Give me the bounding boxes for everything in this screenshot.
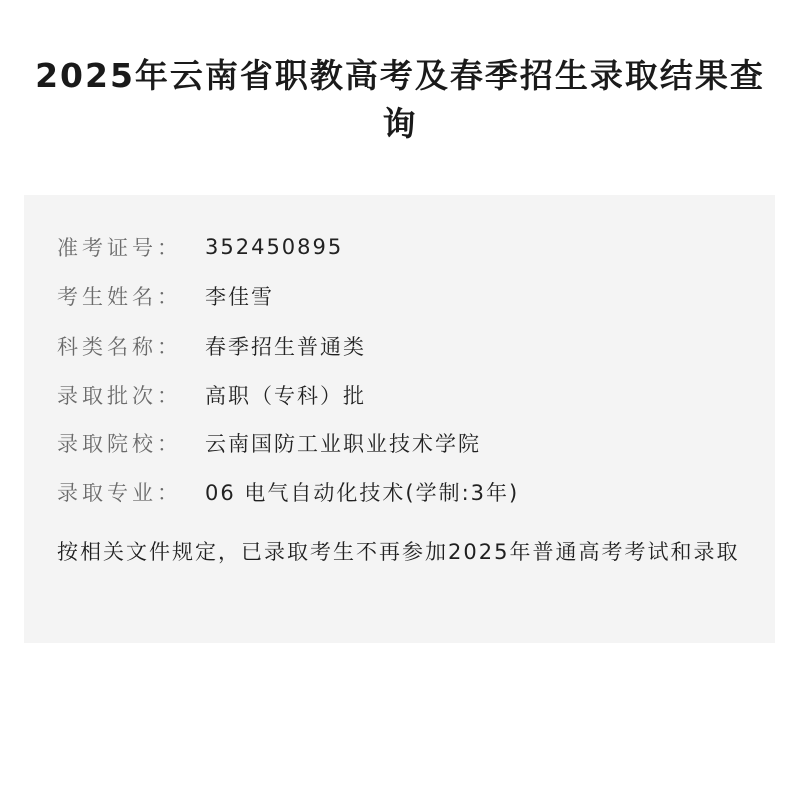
field-label: 科类名称：: [57, 331, 205, 361]
page-title: 2025年云南省职教高考及春季招生录取结果查询: [30, 52, 770, 148]
field-row-admitted-major: 录取专业： 06 电气自动化技术(学制:3年): [57, 476, 519, 508]
admission-notice: 按相关文件规定，已录取考生不再参加2025年普通高考考试和录取: [57, 535, 757, 569]
field-label: 录取批次：: [57, 380, 205, 410]
category-value: 春季招生普通类: [205, 331, 366, 361]
admission-batch-value: 高职（专科）批: [205, 380, 366, 410]
field-row-admission-batch: 录取批次： 高职（专科）批: [57, 379, 366, 411]
field-row-category: 科类名称： 春季招生普通类: [57, 330, 366, 362]
admitted-major-value: 06 电气自动化技术(学制:3年): [205, 477, 519, 507]
candidate-name-value: 李佳雪: [205, 281, 274, 311]
field-label: 录取院校：: [57, 428, 205, 458]
field-label: 录取专业：: [57, 477, 205, 507]
exam-number-value: 352450895: [205, 235, 343, 259]
field-row-exam-number: 准考证号： 352450895: [57, 231, 343, 263]
field-row-admitting-school: 录取院校： 云南国防工业职业技术学院: [57, 427, 481, 459]
field-label: 准考证号：: [57, 232, 205, 262]
field-label: 考生姓名：: [57, 281, 205, 311]
admission-result-card: 准考证号： 352450895 考生姓名： 李佳雪 科类名称： 春季招生普通类 …: [24, 195, 775, 643]
field-row-candidate-name: 考生姓名： 李佳雪: [57, 280, 274, 312]
admitting-school-value: 云南国防工业职业技术学院: [205, 428, 481, 458]
